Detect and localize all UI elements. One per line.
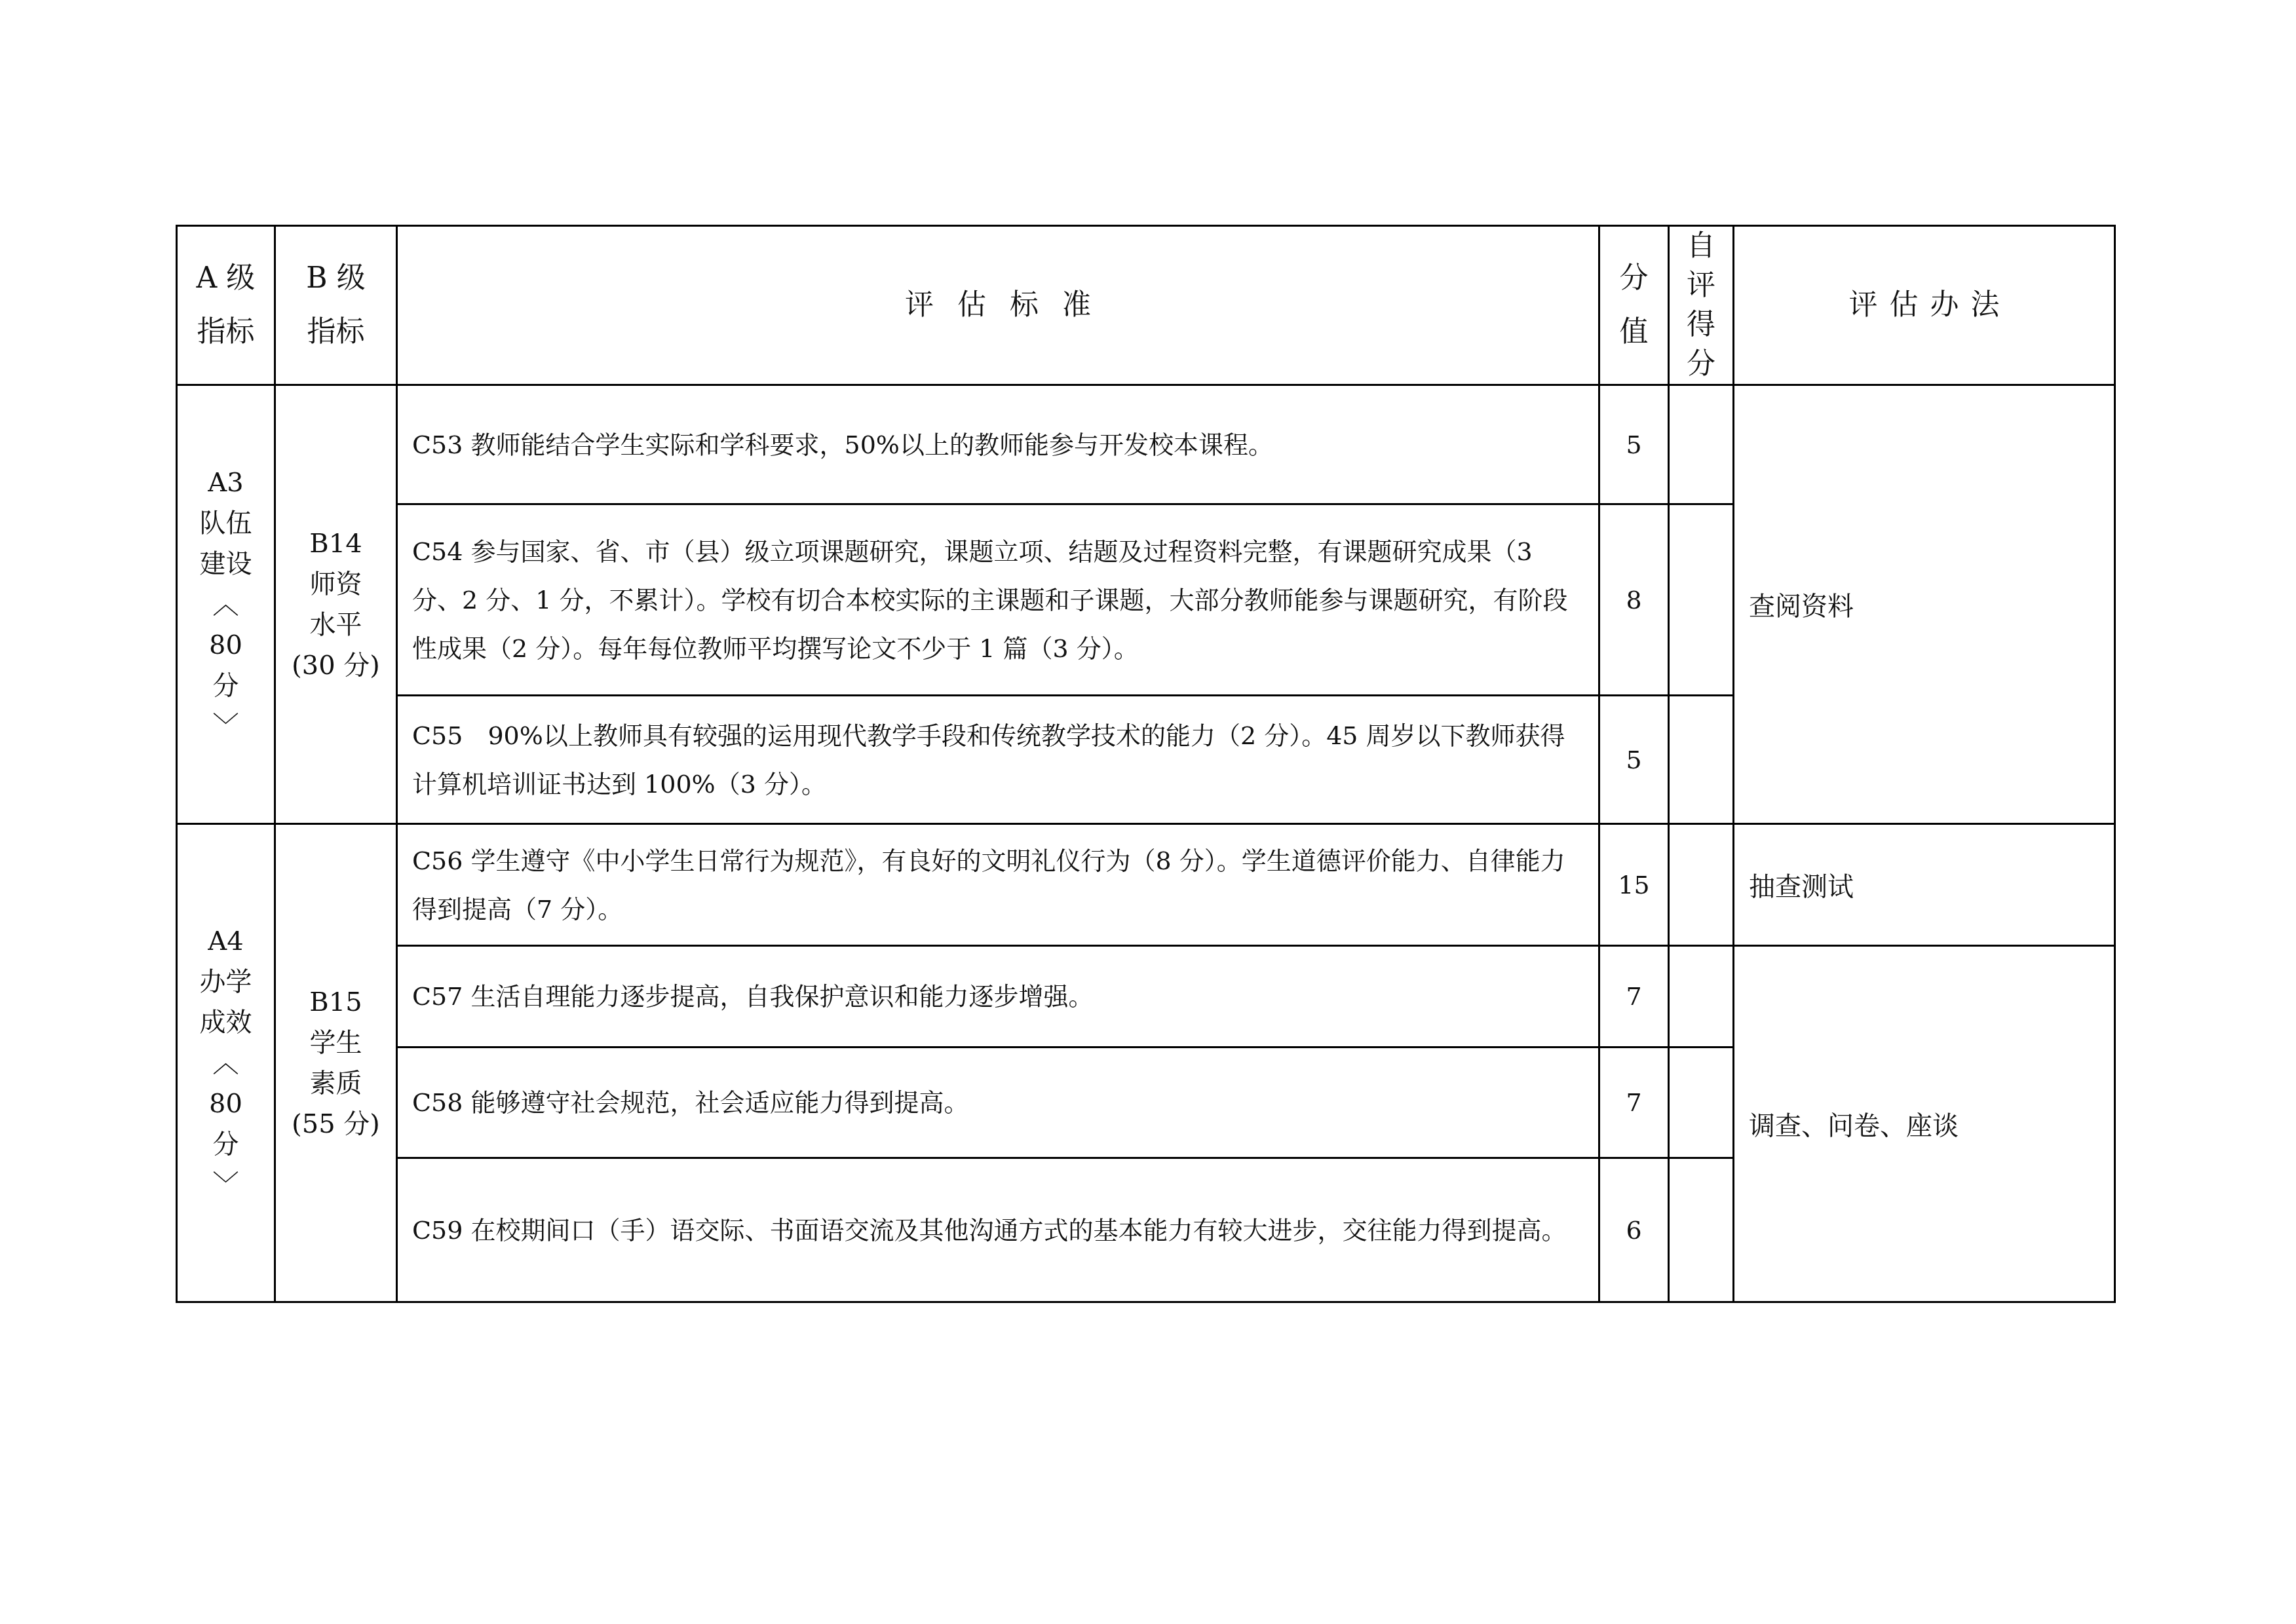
b-level-points: (55 分) xyxy=(276,1104,396,1144)
table-row: A4 办学 成效 ︿ 80 分 ﹀ B15 学生 素质 (55 分) C56 学… xyxy=(177,824,2115,946)
header-score-line2: 值 xyxy=(1600,305,1668,359)
score-c59: 6 xyxy=(1599,1158,1669,1302)
header-method: 评估办法 xyxy=(1734,226,2115,385)
criterion-c57: C57 生活自理能力逐步提高，自我保护意识和能力逐步增强。 xyxy=(397,946,1599,1048)
score-c56: 15 xyxy=(1599,824,1669,946)
a-level-text: 成效 xyxy=(178,1002,274,1043)
score-c53: 5 xyxy=(1599,385,1669,504)
header-a-level: A 级 指标 xyxy=(177,226,275,385)
a-level-code: A4 xyxy=(178,921,274,962)
criterion-c53: C53 教师能结合学生实际和学科要求，50%以上的教师能参与开发校本课程。 xyxy=(397,385,1599,504)
a-level-points-unit: 分 xyxy=(178,1124,274,1165)
score-c54: 8 xyxy=(1599,504,1669,696)
header-self-line2: 评 xyxy=(1670,266,1732,305)
criterion-c55: C55 90%以上教师具有较强的运用现代教学手段和传统教学技术的能力（2 分）。… xyxy=(397,696,1599,824)
header-self-line3: 得 xyxy=(1670,305,1732,345)
self-score-c53[interactable] xyxy=(1669,385,1734,504)
b-level-points: (30 分) xyxy=(276,645,396,686)
table-row: A3 队伍 建设 ︿ 80 分 ﹀ B14 师资 水平 (30 分) C53 教… xyxy=(177,385,2115,504)
header-self-score: 自 评 得 分 xyxy=(1669,226,1734,385)
criterion-c54: C54 参与国家、省、市（县）级立项课题研究，课题立项、结题及过程资料完整，有课… xyxy=(397,504,1599,696)
header-b-level-line1: B 级 xyxy=(276,252,396,305)
a-level-points: 80 xyxy=(178,1084,274,1124)
b-level-cell-b15: B15 学生 素质 (55 分) xyxy=(275,824,397,1302)
a-level-text: 办学 xyxy=(178,962,274,1002)
b-level-text: 水平 xyxy=(276,605,396,645)
self-score-c54[interactable] xyxy=(1669,504,1734,696)
self-score-c57[interactable] xyxy=(1669,946,1734,1048)
a-level-code: A3 xyxy=(178,463,274,503)
evaluation-table: A 级 指标 B 级 指标 评估标准 分 值 自 评 得 分 评估办法 xyxy=(176,225,2116,1303)
b-level-text: 素质 xyxy=(276,1063,396,1104)
criterion-c59: C59 在校期间口（手）语交际、书面语交流及其他沟通方式的基本能力有较大进步，交… xyxy=(397,1158,1599,1302)
a-level-bracket-close: ﹀ xyxy=(178,706,274,747)
header-self-line4: 分 xyxy=(1670,345,1732,384)
a-level-bracket-close: ﹀ xyxy=(178,1165,274,1205)
self-score-c58[interactable] xyxy=(1669,1048,1734,1158)
criterion-c56: C56 学生遵守《中小学生日常行为规范》，有良好的文明礼仪行为（8 分）。学生道… xyxy=(397,824,1599,946)
score-c55: 5 xyxy=(1599,696,1669,824)
a-level-text: 队伍 xyxy=(178,503,274,544)
method-a3: 查阅资料 xyxy=(1734,385,2115,824)
header-a-level-line2: 指标 xyxy=(178,305,274,359)
a-level-bracket-open: ︿ xyxy=(178,1043,274,1084)
b-level-code: B14 xyxy=(276,523,396,564)
a-level-cell-a4: A4 办学 成效 ︿ 80 分 ﹀ xyxy=(177,824,275,1302)
a-level-points: 80 xyxy=(178,625,274,666)
header-self-line1: 自 xyxy=(1670,227,1732,266)
a-level-bracket-open: ︿ xyxy=(178,584,274,625)
header-score: 分 值 xyxy=(1599,226,1669,385)
score-c58: 7 xyxy=(1599,1048,1669,1158)
criterion-c58: C58 能够遵守社会规范，社会适应能力得到提高。 xyxy=(397,1048,1599,1158)
header-b-level: B 级 指标 xyxy=(275,226,397,385)
method-c56: 抽查测试 xyxy=(1734,824,2115,946)
table-row: C57 生活自理能力逐步提高，自我保护意识和能力逐步增强。 7 调查、问卷、座谈 xyxy=(177,946,2115,1048)
b-level-code: B15 xyxy=(276,982,396,1023)
header-b-level-line2: 指标 xyxy=(276,305,396,359)
a-level-cell-a3: A3 队伍 建设 ︿ 80 分 ﹀ xyxy=(177,385,275,824)
score-c57: 7 xyxy=(1599,946,1669,1048)
self-score-c55[interactable] xyxy=(1669,696,1734,824)
self-score-c56[interactable] xyxy=(1669,824,1734,946)
table-header-row: A 级 指标 B 级 指标 评估标准 分 值 自 评 得 分 评估办法 xyxy=(177,226,2115,385)
method-c57-c59: 调查、问卷、座谈 xyxy=(1734,946,2115,1302)
header-a-level-line1: A 级 xyxy=(178,252,274,305)
self-score-c59[interactable] xyxy=(1669,1158,1734,1302)
b-level-cell-b14: B14 师资 水平 (30 分) xyxy=(275,385,397,824)
b-level-text: 师资 xyxy=(276,564,396,605)
b-level-text: 学生 xyxy=(276,1023,396,1063)
a-level-points-unit: 分 xyxy=(178,666,274,706)
header-score-line1: 分 xyxy=(1600,252,1668,305)
a-level-text: 建设 xyxy=(178,544,274,584)
header-criteria: 评估标准 xyxy=(397,226,1599,385)
